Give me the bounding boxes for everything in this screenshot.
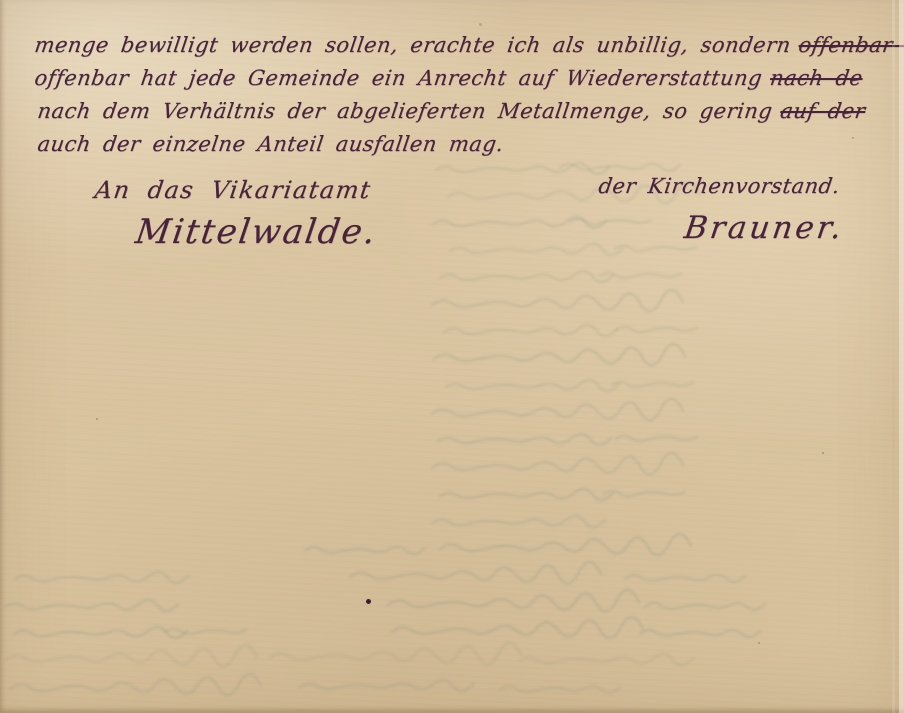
manuscript-line-3: nach dem Verhältnis der abgelieferten Me… <box>36 99 867 123</box>
signature-name: Brauner. <box>682 210 847 246</box>
paper-edge <box>899 0 904 713</box>
ink-speck <box>366 599 371 604</box>
manuscript-line-1: menge bewilligt werden sollen, erachte i… <box>33 33 904 57</box>
recipient-place: Mittelwalde. <box>133 212 380 252</box>
manuscript-line-1-text: menge bewilligt werden sollen, erachte i… <box>33 33 792 57</box>
struck-text: auf der <box>779 99 867 123</box>
recipient-line: An das Vikariatamt <box>93 176 373 204</box>
ink-speck <box>822 452 824 454</box>
manuscript-line-2-text: offenbar hat jede Gemeinde ein Anrecht a… <box>33 66 764 90</box>
ink-speck <box>479 23 482 26</box>
struck-text: offenbar hat <box>797 33 904 57</box>
struck-text: nach de <box>769 66 865 90</box>
paper-crease <box>892 0 895 713</box>
manuscript-line-3-text: nach dem Verhältnis der abgelieferten Me… <box>36 99 774 123</box>
manuscript-line-4: auch der einzelne Anteil ausfallen mag. <box>36 132 505 156</box>
ink-speck <box>852 137 854 139</box>
manuscript-line-2: offenbar hat jede Gemeinde ein Anrecht a… <box>33 66 864 90</box>
ink-speck <box>758 642 760 644</box>
manuscript-line-4-text: auch der einzelne Anteil ausfallen mag. <box>36 132 505 156</box>
ink-speck <box>96 418 98 420</box>
signature-role: der Kirchenvorstand. <box>597 174 842 198</box>
letter-page: menge bewilligt werden sollen, erachte i… <box>0 0 904 713</box>
